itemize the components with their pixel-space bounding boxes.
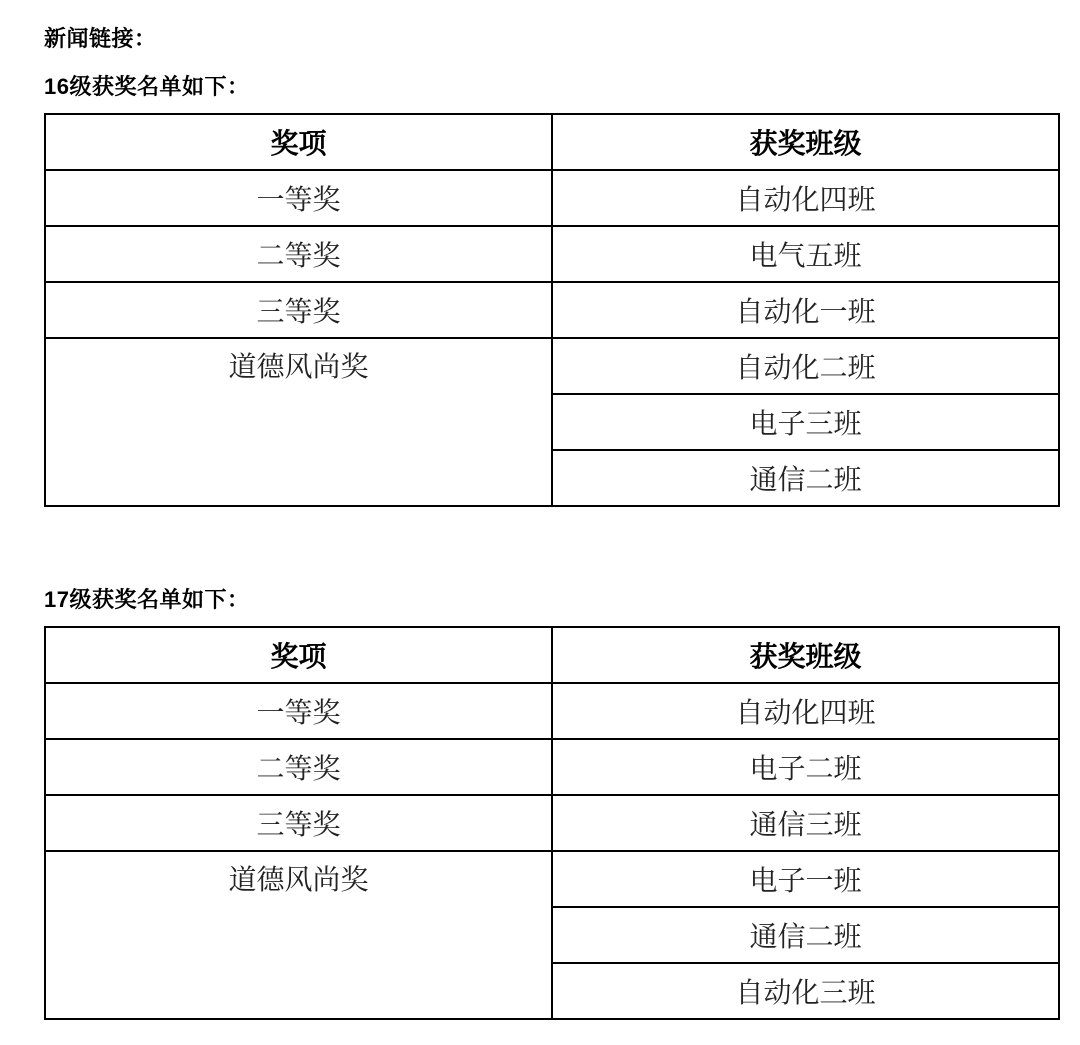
- class-cell: 电子二班: [552, 739, 1059, 795]
- award-cell: 三等奖: [45, 282, 552, 338]
- class-cell: 自动化一班: [552, 282, 1059, 338]
- class-cell: 电子一班: [552, 851, 1059, 907]
- grade17-section-heading: 17级获奖名单如下：: [44, 587, 1060, 613]
- table-header-row: 奖项 获奖班级: [45, 114, 1059, 170]
- class-cell: 通信二班: [552, 907, 1059, 963]
- award-cell: 二等奖: [45, 226, 552, 282]
- table-row: 三等奖 自动化一班: [45, 282, 1059, 338]
- award-cell-merged: 道德风尚奖: [45, 338, 552, 506]
- table-row: 道德风尚奖 电子一班: [45, 851, 1059, 907]
- grade16-section-heading: 16级获奖名单如下：: [44, 74, 1060, 100]
- class-cell: 自动化三班: [552, 963, 1059, 1019]
- grade16-awards-table: 奖项 获奖班级 一等奖 自动化四班 二等奖 电气五班 三等奖 自动化一班 道德风…: [44, 113, 1060, 507]
- class-cell: 通信三班: [552, 795, 1059, 851]
- news-link-label: 新闻链接：: [44, 26, 1060, 52]
- class-cell: 电气五班: [552, 226, 1059, 282]
- award-cell-merged: 道德风尚奖: [45, 851, 552, 1019]
- column-header-award: 奖项: [45, 114, 552, 170]
- table-header-row: 奖项 获奖班级: [45, 627, 1059, 683]
- table-row: 道德风尚奖 自动化二班: [45, 338, 1059, 394]
- class-cell: 自动化四班: [552, 683, 1059, 739]
- class-cell: 自动化四班: [552, 170, 1059, 226]
- table-row: 二等奖 电子二班: [45, 739, 1059, 795]
- column-header-class: 获奖班级: [552, 627, 1059, 683]
- award-cell: 三等奖: [45, 795, 552, 851]
- award-cell: 一等奖: [45, 170, 552, 226]
- document-page: 新闻链接： 16级获奖名单如下： 奖项 获奖班级 一等奖 自动化四班 二等奖 电…: [0, 0, 1080, 1045]
- table-row: 二等奖 电气五班: [45, 226, 1059, 282]
- table-row: 一等奖 自动化四班: [45, 170, 1059, 226]
- class-cell: 电子三班: [552, 394, 1059, 450]
- class-cell: 自动化二班: [552, 338, 1059, 394]
- table-row: 三等奖 通信三班: [45, 795, 1059, 851]
- class-cell: 通信二班: [552, 450, 1059, 506]
- award-cell: 一等奖: [45, 683, 552, 739]
- column-header-award: 奖项: [45, 627, 552, 683]
- table-row: 一等奖 自动化四班: [45, 683, 1059, 739]
- column-header-class: 获奖班级: [552, 114, 1059, 170]
- grade17-awards-table: 奖项 获奖班级 一等奖 自动化四班 二等奖 电子二班 三等奖 通信三班 道德风尚…: [44, 626, 1060, 1020]
- award-cell: 二等奖: [45, 739, 552, 795]
